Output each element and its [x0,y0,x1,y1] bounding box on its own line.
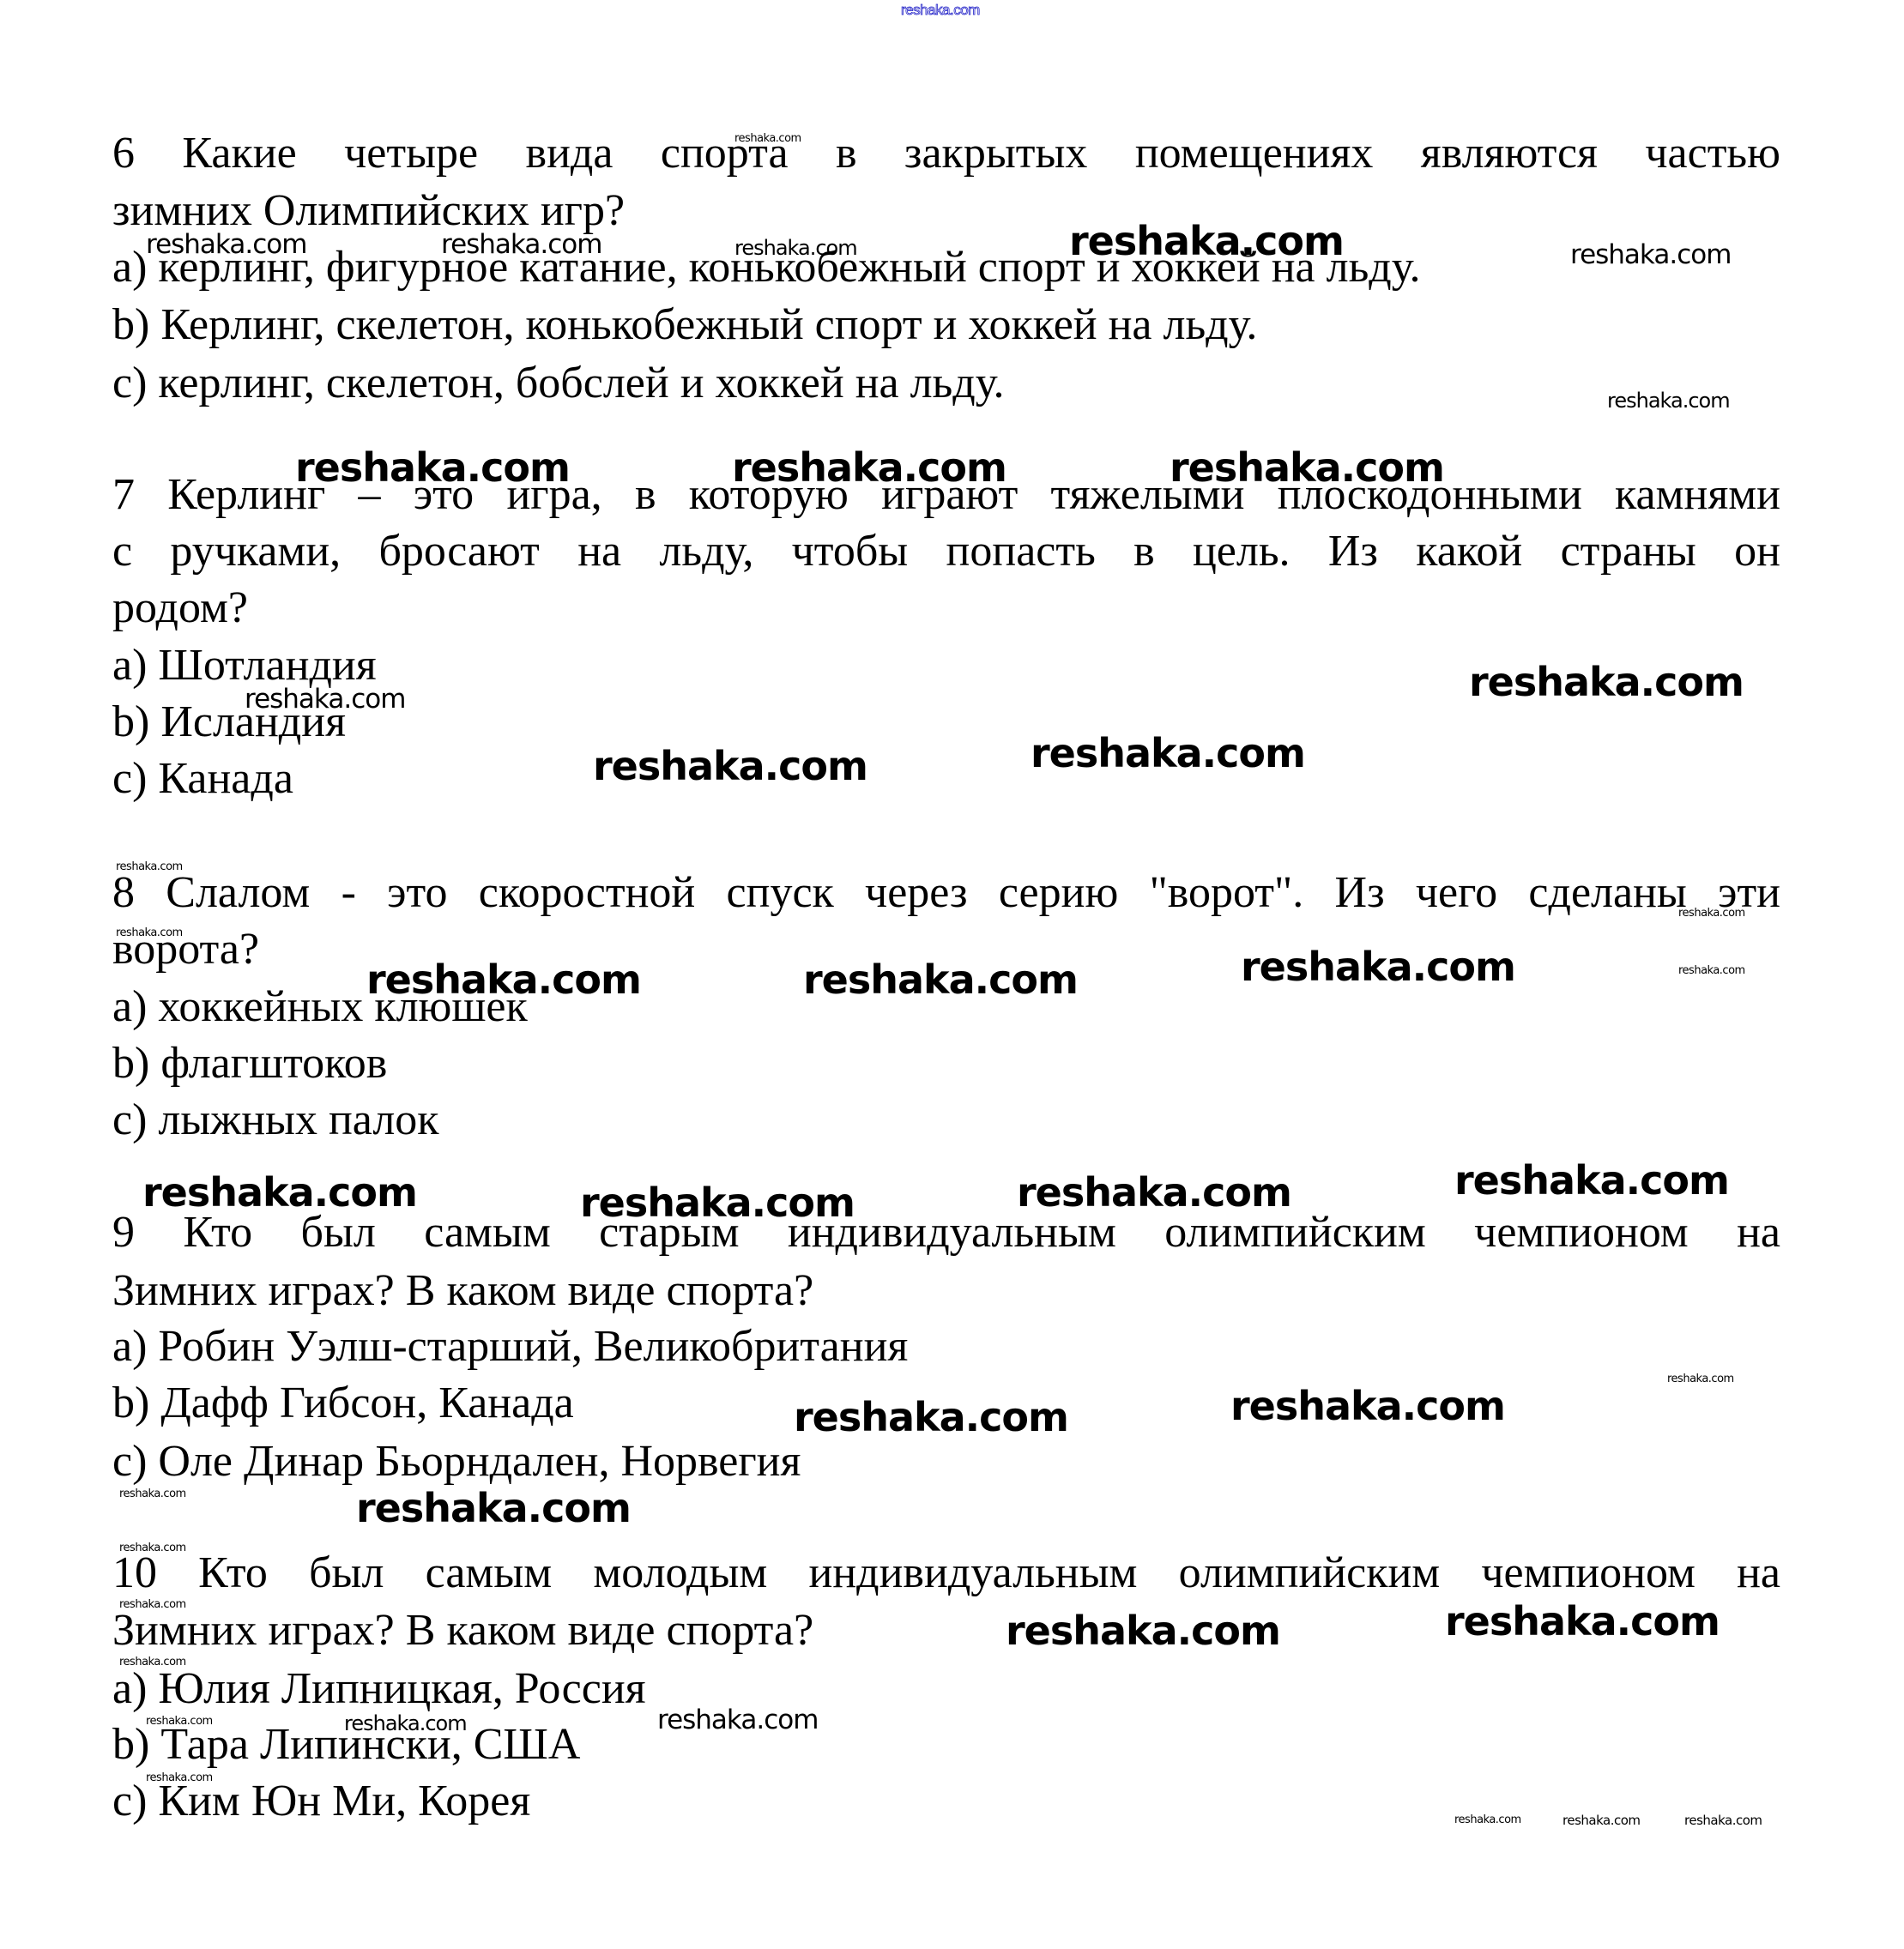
question-8-option-c: c) лыжных палок [112,1095,1780,1146]
watermark: reshaka.com [119,1488,186,1499]
watermark: reshaka.com [657,1707,818,1734]
watermark: reshaka.com [146,1716,213,1727]
question-9-option-a: a) Робин Уэлш-старший, Великобритания [112,1321,1780,1373]
document-page: reshaka.com 6 Какие четыре вида спорта в… [0,0,1904,1949]
watermark: reshaka.com [1069,221,1344,261]
watermark: reshaka.com [732,448,1006,487]
watermark: reshaka.com [1445,1602,1720,1641]
question-10-text-line-1: 10 Кто был самым молодым индивидуальным … [112,1548,1780,1599]
watermark: reshaka.com [119,1656,186,1668]
question-6-text-line-1: 6 Какие четыре вида спорта в закрытых по… [112,128,1780,179]
question-8-option-b: b) флагштоков [112,1038,1780,1089]
question-10-option-c: c) Ким Юн Ми, Корея [112,1776,1780,1827]
watermark: reshaka.com [593,746,867,786]
watermark: reshaka.com [1667,1373,1734,1385]
watermark: reshaka.com [142,1173,417,1212]
question-10-option-a: a) Юлия Липницкая, Россия [112,1663,1780,1715]
question-7-option-c: c) Канада [112,753,1780,805]
watermark: reshaka.com [245,686,405,713]
watermark: reshaka.com [1031,733,1305,773]
watermark: reshaka.com [116,861,183,872]
watermark: reshaka.com [1678,908,1745,919]
question-6-option-c: c) керлинг, скелетон, бобслей и хоккей н… [112,358,1780,409]
watermark: reshaka.com [441,232,601,258]
watermark: reshaka.com [366,960,641,999]
question-9-option-c: c) Оле Динар Бьорндален, Норвегия [112,1436,1780,1487]
watermark: reshaka.com [146,232,306,258]
watermark: reshaka.com [344,1713,467,1734]
watermark: reshaka.com [1454,1161,1729,1200]
watermark: reshaka.com [116,927,183,938]
watermark: reshaka.com [295,448,570,487]
site-link[interactable]: reshaka.com [901,2,980,19]
question-7-text-line-3: родом? [112,582,1780,634]
question-6-option-a: a) керлинг, фигурное катание, конькобежн… [112,242,1780,293]
watermark: reshaka.com [1230,1386,1505,1426]
watermark: reshaka.com [734,133,801,144]
watermark: reshaka.com [119,1542,186,1554]
watermark: reshaka.com [1006,1611,1280,1650]
watermark: reshaka.com [580,1183,855,1222]
question-8-text-line-1: 8 Слалом - это скоростной спуск через се… [112,867,1780,919]
question-6-option-b: b) Керлинг, скелетон, конькобежный спорт… [112,299,1780,351]
watermark: reshaka.com [119,1599,186,1610]
watermark: reshaka.com [1678,965,1745,976]
watermark: reshaka.com [803,960,1078,999]
watermark: reshaka.com [1170,448,1444,487]
watermark: reshaka.com [734,238,857,258]
watermark: reshaka.com [356,1488,631,1528]
watermark: reshaka.com [1607,390,1730,411]
watermark: reshaka.com [794,1397,1068,1437]
watermark: reshaka.com [1562,1814,1641,1827]
question-9-text-line-2: Зимних играх? В каком виде спорта? [112,1265,1780,1317]
question-7-text-line-2: с ручками, бросают на льду, чтобы попаст… [112,526,1780,577]
question-6-text-line-2: зимних Олимпийских игр? [112,185,1780,237]
watermark: reshaka.com [146,1772,213,1783]
watermark: reshaka.com [1469,662,1744,702]
watermark: reshaka.com [1684,1814,1762,1827]
watermark: reshaka.com [1241,947,1515,987]
watermark: reshaka.com [1454,1814,1521,1825]
watermark: reshaka.com [1017,1173,1291,1212]
watermark: reshaka.com [1570,242,1731,269]
